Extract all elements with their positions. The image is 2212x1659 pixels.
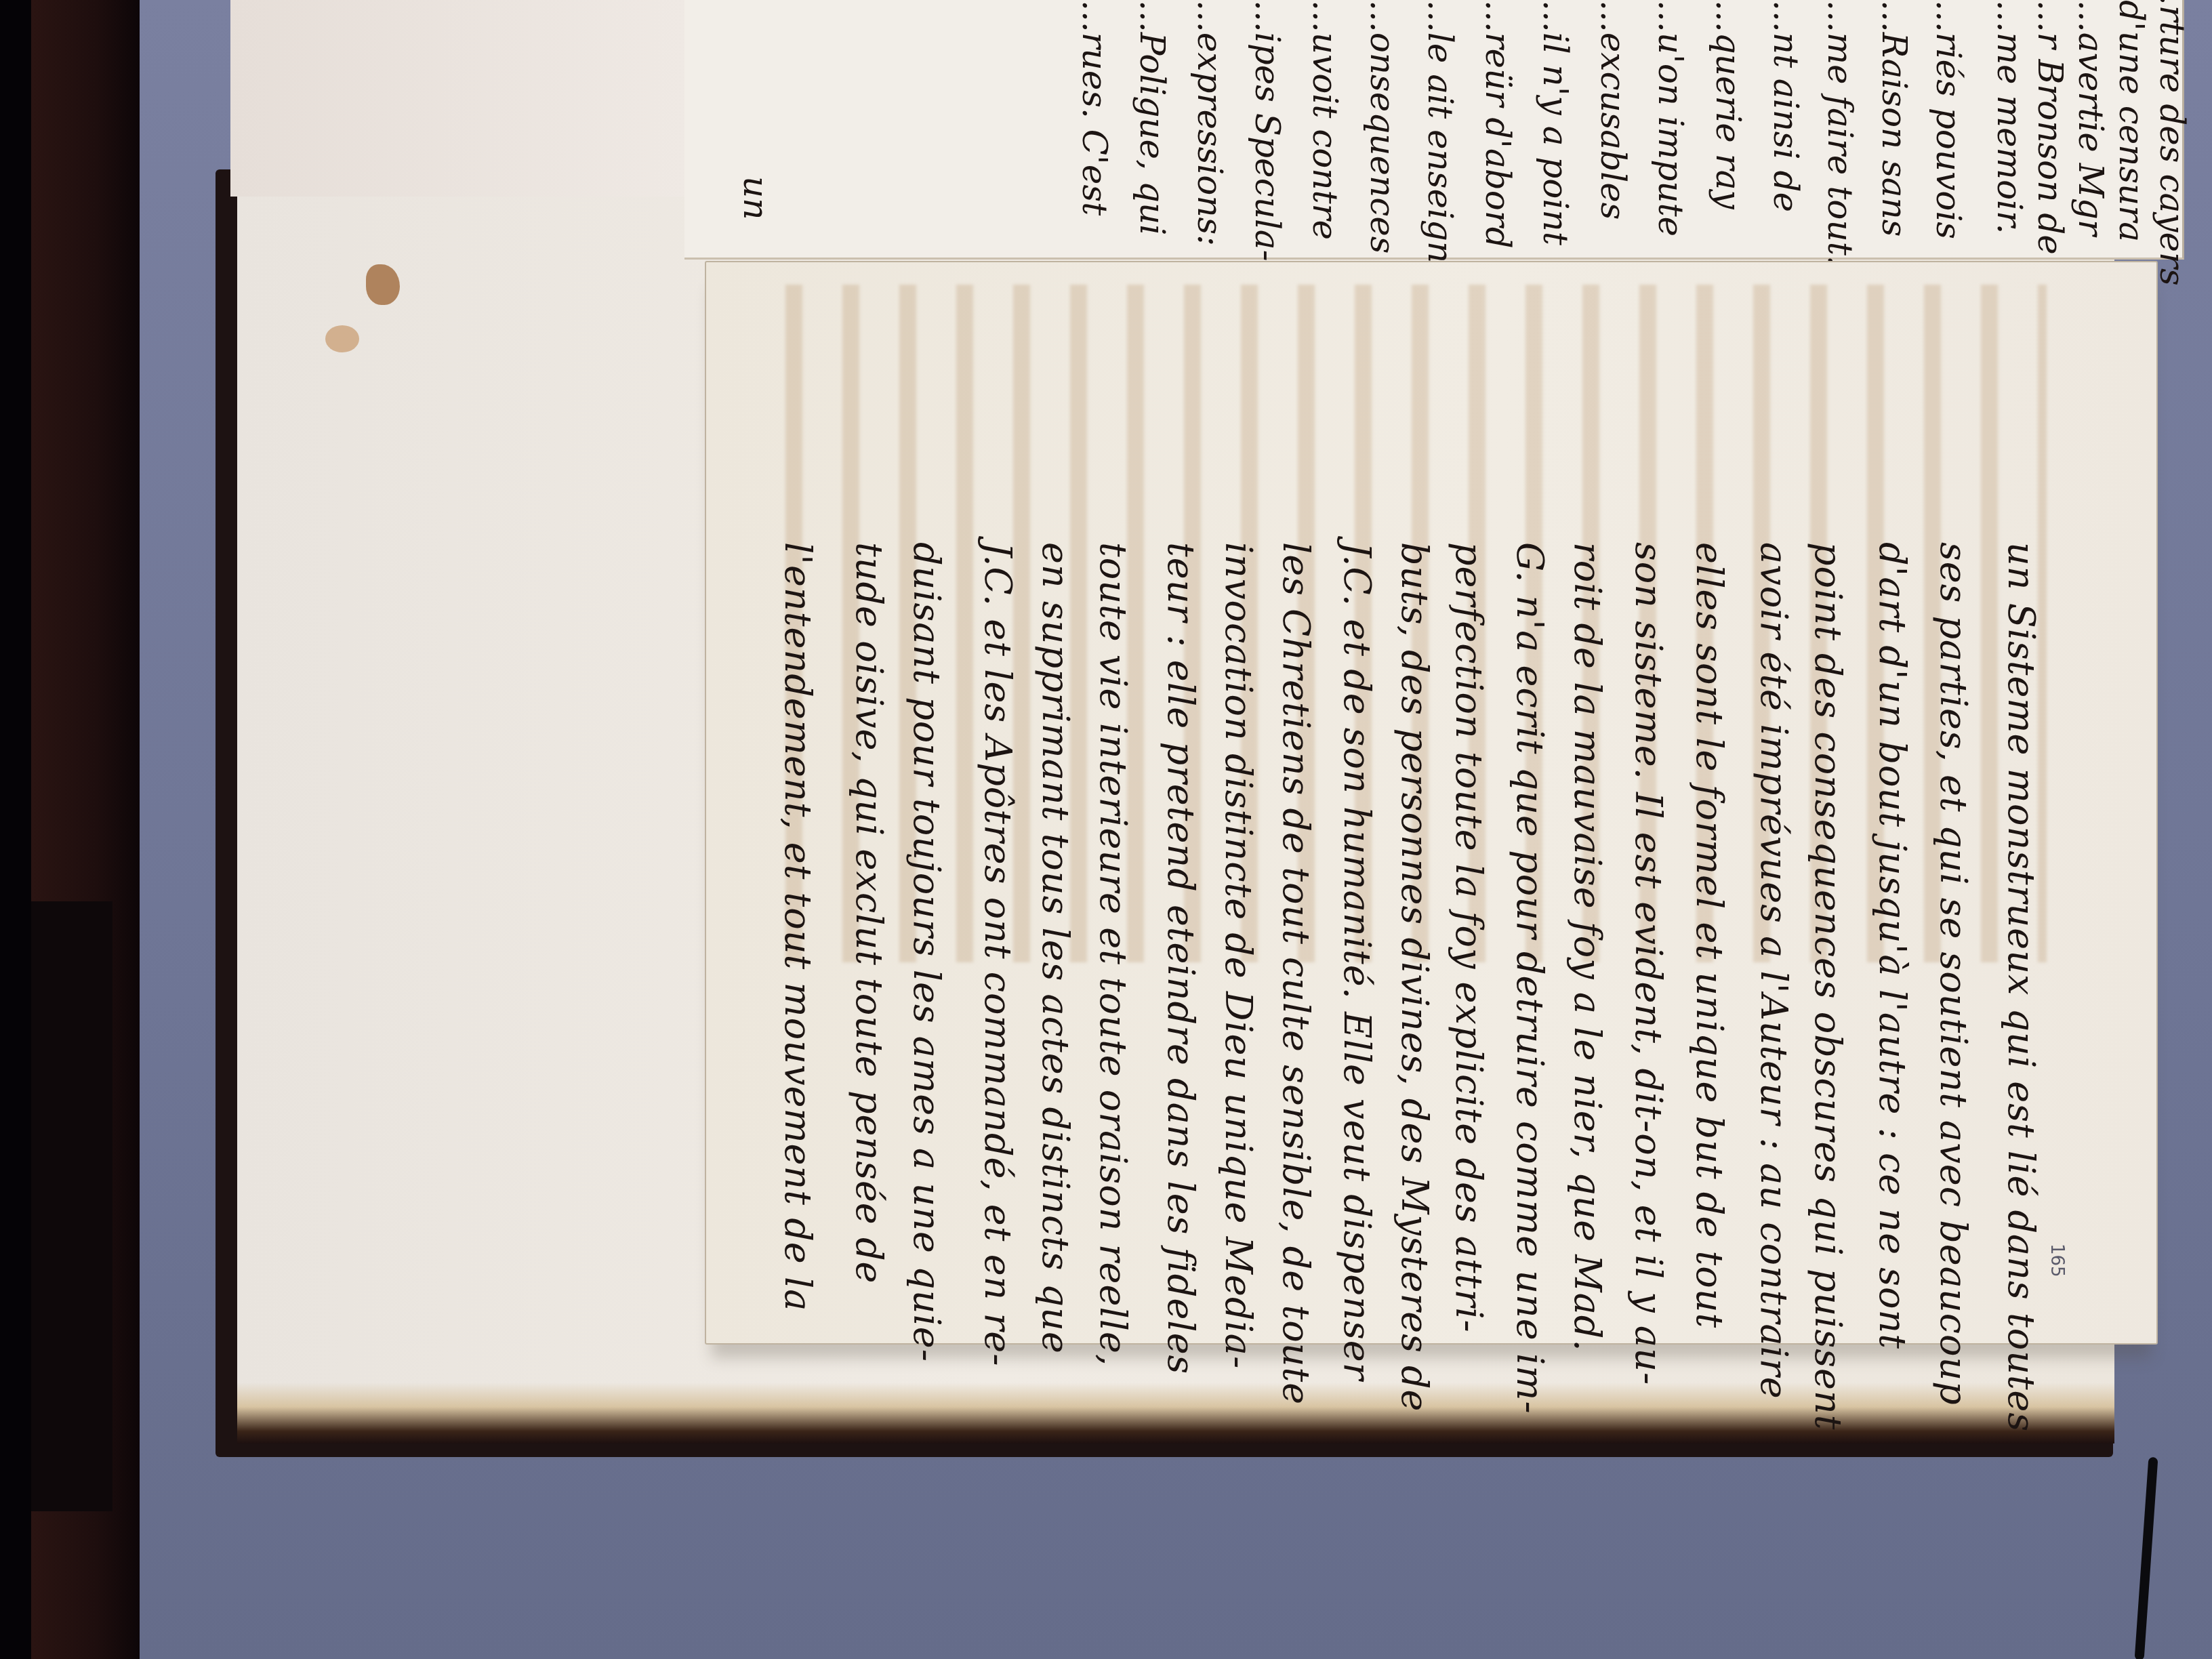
facing-line: ...r Bronson de (2033, 0, 2067, 255)
facing-line: ...avertie Mgr (2074, 0, 2108, 236)
text-line: point des consequences obscures qui puis… (1809, 542, 1846, 1430)
facing-line: ...Raison sans (1877, 0, 1911, 237)
facing-line: ...rues. C'est (1078, 0, 1111, 216)
text-line: d'art d'un bout jusqu'à l'autre : ce ne … (1874, 542, 1910, 1349)
facing-line: ...me faire tout. (1823, 0, 1857, 266)
text-line: son sisteme. Il est evident, dit-on, et … (1630, 542, 1666, 1385)
facing-line: ...querie ray (1711, 0, 1745, 209)
text-line: duisant pour toujours les ames a une qui… (908, 542, 945, 1362)
facing-line: d'une censura (2114, 0, 2148, 242)
facing-line: ...riés pouvois (1931, 0, 1965, 239)
text-line: invocation distincte de Dieu unique Medi… (1220, 542, 1256, 1369)
paper-stain (325, 325, 359, 352)
facing-line: ...expressions: (1193, 0, 1227, 246)
text-line: perfection toute la foy explicite des at… (1450, 542, 1487, 1333)
image-border-strip (0, 0, 31, 1659)
facing-page: ...rture des cayers d'une censura ...ave… (684, 0, 2184, 260)
facing-line: ...me memoir. (1992, 0, 2026, 234)
text-line: buts, des personnes divines, des Mystere… (1396, 542, 1433, 1412)
text-line: J.C. et de son humanité. Elle veut dispe… (1338, 542, 1375, 1381)
text-line: en supprimant tous les actes distincts q… (1037, 542, 1073, 1354)
text-line: roit de la mauvaise foy a le nier, que M… (1569, 542, 1605, 1352)
text-line: toute vie interieure et toute oraison re… (1094, 542, 1131, 1366)
facing-line: ...nt ainsi de (1769, 0, 1803, 212)
text-line: ses parties, et qui se soutient avec bea… (1935, 542, 1971, 1406)
text-line: tude oisive, qui exclut toute pensée de (851, 542, 887, 1284)
facing-line: ...uvoit contre (1308, 0, 1342, 240)
book-cover-shadow (31, 901, 112, 1511)
text-line: J.C. et les Apôtres ont commandé, et en … (979, 542, 1016, 1367)
text-line: l'entendement, et tout mouvement de la (779, 542, 816, 1311)
facing-line: un (739, 176, 773, 220)
text-line: elles sont le formel et unique but de to… (1691, 542, 1727, 1328)
facing-line: ...le ait enseigné: (1423, 0, 1457, 295)
facing-line: ...excusables (1596, 0, 1630, 220)
text-line: les Chretiens de tout culte sensible, de… (1277, 542, 1314, 1405)
facing-line: ...rture des cayers (2155, 0, 2189, 286)
text-line: G. n'a ecrit que pour detruire comme une… (1511, 542, 1548, 1414)
facing-line: ...il n'y a point (1538, 0, 1572, 245)
facing-line: ...u'on impute (1654, 0, 1687, 237)
text-line: un Sisteme monstrueux qui est lié dans t… (2003, 542, 2039, 1432)
text-line: avoir été imprévues a l'Auteur : au cont… (1755, 542, 1792, 1399)
facing-line: ...Poligue, qui (1135, 0, 1169, 235)
facing-line: ...ipes Specula- (1250, 0, 1284, 262)
folded-paper-fragment (230, 0, 693, 197)
facing-line: ...reür d'abord (1481, 0, 1515, 249)
text-line: teur : elle pretend eteindre dans les fi… (1162, 542, 1199, 1374)
folio-number: 165 (2047, 1244, 2067, 1277)
facing-line: ...onsequences (1366, 0, 1399, 254)
